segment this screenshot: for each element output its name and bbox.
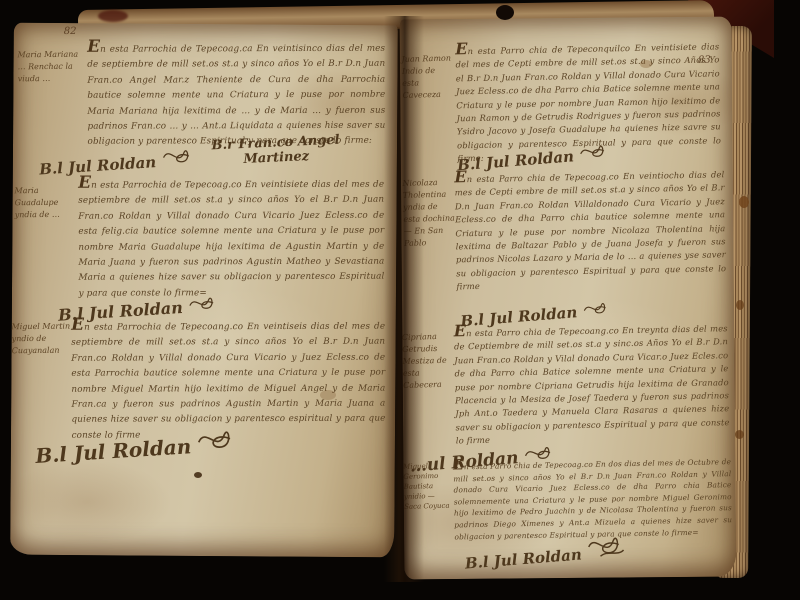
- signature-text: B.l Jul Roldan: [464, 545, 582, 572]
- cover-smudge: [98, 10, 128, 22]
- left-page: 82 Maria Mariana … Renchac la viuda … En…: [10, 23, 398, 558]
- margin-note: Maria Guadalupe yndia de …: [14, 185, 80, 222]
- signature-rubric-icon: [194, 421, 242, 458]
- margin-note: Nicolaza Tholentina yndia de esta dochin…: [402, 177, 456, 250]
- second-signature: B.r Fran.co Angel Martinez: [190, 133, 361, 171]
- signature-text: B.l Jul Roldan: [35, 434, 192, 468]
- manuscript-photo: 82 Maria Mariana … Renchac la viuda … En…: [0, 0, 800, 600]
- baptism-entry-text: En esta Parrochia de Tepecoag.co En vein…: [78, 174, 384, 302]
- priest-signature: B.l Jul Roldan: [38, 142, 200, 178]
- margin-note: Cipriana Getrudis Mestiza de esta Cabece…: [402, 331, 458, 392]
- margin-note: Miguel Martin yndio de Cuayanalan: [11, 321, 75, 358]
- baptism-entry-text: En esta Parro chia de Tepecoang.co En tr…: [454, 319, 730, 448]
- signature-rubric-icon: [580, 296, 616, 321]
- signature-rubric-icon: [584, 528, 630, 563]
- folio-number-left: 82: [64, 26, 77, 37]
- margin-note: Miguel Geronimo Bautista ynidio — Saca C…: [403, 461, 452, 512]
- signature-rubric-icon: [186, 290, 223, 316]
- margin-note: Juan Ramon Indio de esta Caveceza: [401, 53, 452, 102]
- signature-rubric-icon: [577, 138, 615, 165]
- baptism-entry-text: En esta Parro chia de Tepecoag.co En vei…: [454, 165, 726, 294]
- right-page: 83 Juan Ramon Indio de esta Caveceza En …: [400, 17, 737, 580]
- priest-signature: B.l Jul Roldan: [34, 421, 242, 468]
- margin-note: Maria Mariana … Renchac la viuda …: [17, 49, 87, 86]
